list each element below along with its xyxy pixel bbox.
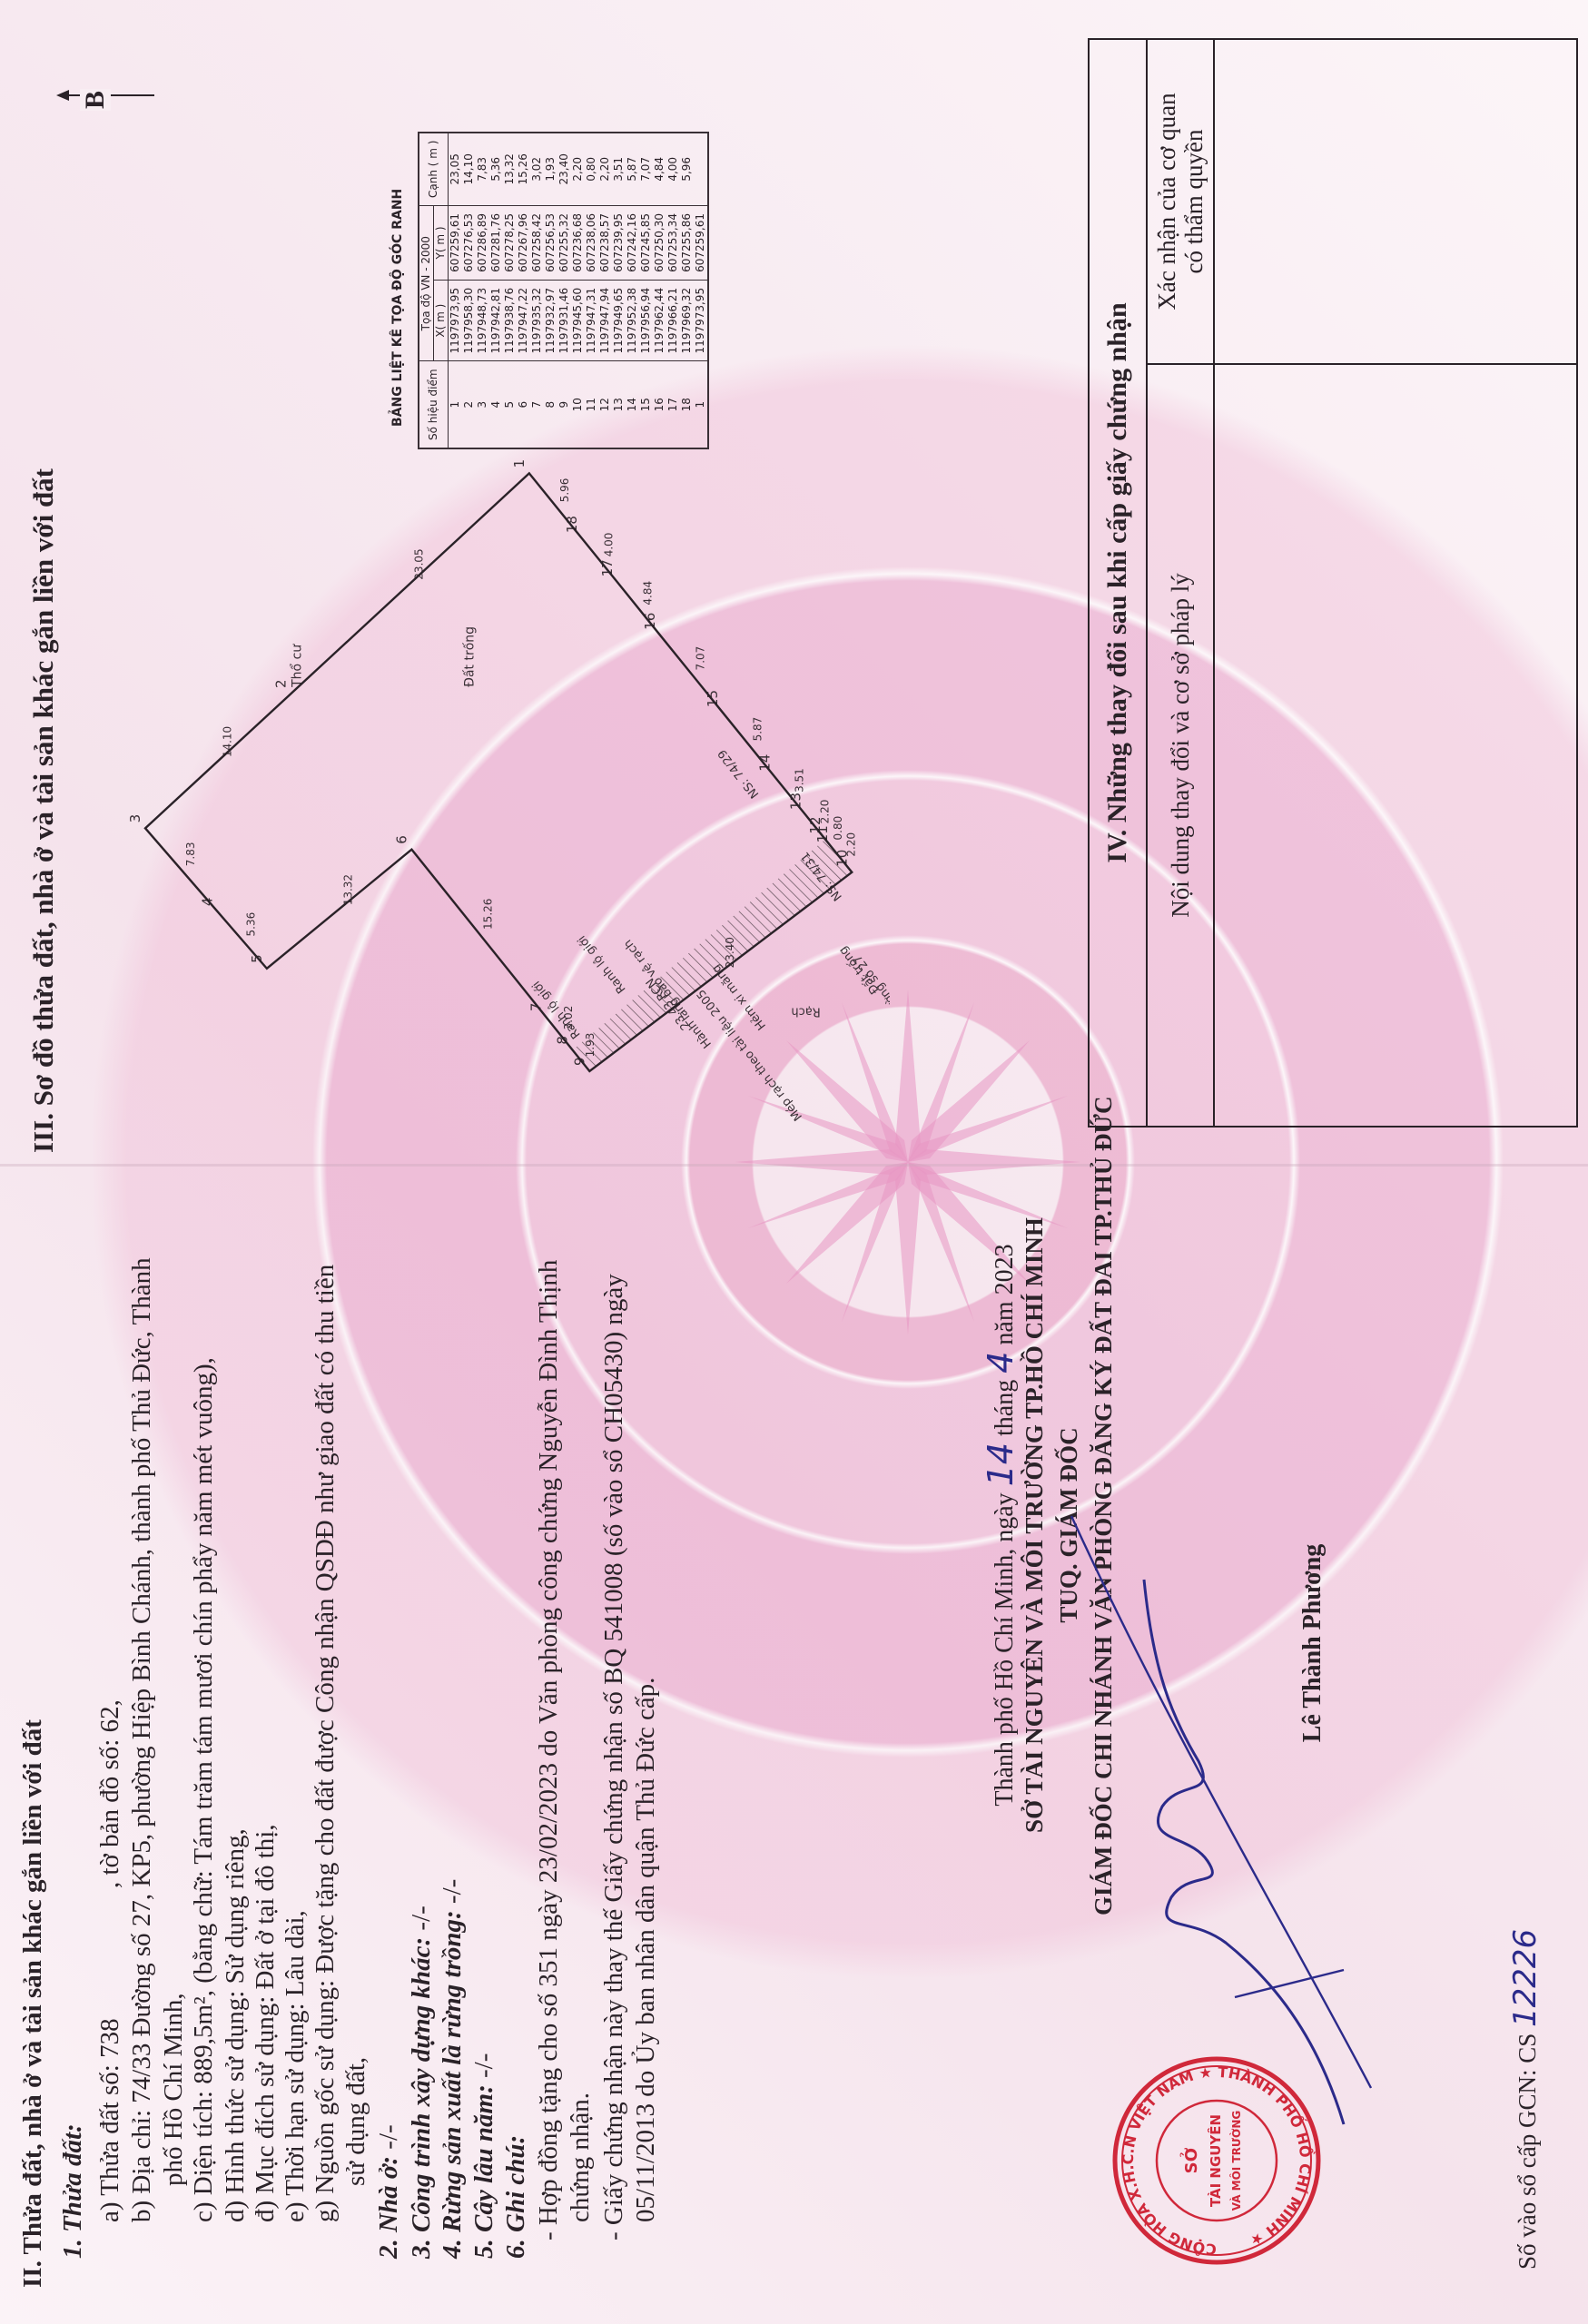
corner-point-label: 3 — [127, 814, 143, 823]
edge-length-label: 7.83 — [184, 842, 197, 866]
perennial-trees-value: -/- — [469, 2053, 498, 2085]
vacant-land-label: Đất trống — [461, 626, 477, 687]
edge-length-label: 7.07 — [695, 646, 707, 671]
edge-length-label: 5.36 — [245, 912, 258, 937]
coordinate-row: 61197947,22607267,9615,26 — [517, 133, 530, 448]
address-line-1: b) Địa chỉ: 74/33 Đường số 27, KP5, phườ… — [127, 1257, 157, 2222]
corner-point-label: 1 — [511, 459, 528, 468]
perennial-trees-label: 5. Cây lâu năm: — [469, 2084, 498, 2259]
corner-point-label: 2 — [273, 679, 290, 688]
section-changes-table: IV. Những thay đổi sau khi cấp giấy chứn… — [1088, 38, 1578, 1128]
edge-length-label: 4.84 — [642, 581, 655, 606]
col-y: Y( m ) — [434, 206, 449, 281]
coordinate-table: Số hiệu điểm Tọa độ VN - 2000 Cạnh ( m )… — [418, 132, 709, 449]
column-divider — [1215, 363, 1576, 365]
handwritten-month: 4 — [981, 1352, 1021, 1374]
boundary-ditch-label-2: Ranh lộ giới — [576, 932, 629, 995]
coordinate-row: 111197947,31607238,060,80 — [585, 133, 598, 448]
coordinate-row: 101197945,60607236,682,20 — [571, 133, 585, 448]
certificate-page-viewport: II. Thửa đất, nhà ở và tài sản khác gắn … — [0, 0, 1588, 2324]
note-1-line-1: - Hợp đồng tặng cho số 351 ngày 23/02/20… — [534, 1260, 564, 2240]
coordinate-row: 121197947,94607238,572,20 — [598, 133, 612, 448]
coordinate-table-title: BẢNG LIỆT KÊ TỌA ĐỘ GÓC RANH — [390, 189, 405, 427]
usage-term: e) Thời hạn sử dụng: Lâu dài, — [281, 1910, 311, 2222]
edge-length-label: 5.87 — [752, 717, 764, 742]
land-heading: 1. Thửa đất: — [58, 2123, 88, 2259]
usage-purpose: đ) Mục đích sử dụng: Đất ở tại đô thị, — [251, 1824, 281, 2222]
coordinate-row: 11197973,95607259,6123,05 — [449, 133, 463, 448]
coordinate-row: 41197942,81607281,765,36 — [489, 133, 503, 448]
section-4-title: IV. Những thay đổi sau khi cấp giấy chứn… — [1090, 40, 1148, 1126]
edge-length-label: 3.51 — [793, 768, 805, 793]
coordinate-row: 131197949,65607239,953,51 — [612, 133, 626, 448]
handwritten-signature — [1044, 1507, 1389, 2142]
col-point-number: Số hiệu điểm — [419, 361, 449, 448]
residential-label: Thổ cư — [289, 644, 304, 688]
usage-form: d) Hình thức sử dụng: Sử dụng riêng, — [221, 1828, 251, 2222]
house-value: -/- — [374, 2124, 403, 2156]
coordinate-row: 171197966,21607253,344,00 — [666, 133, 680, 448]
section-3-title: III. Sơ đồ thửa đất, nhà ở và tài sản kh… — [27, 468, 60, 1153]
coordinate-row: 141197952,38607242,165,87 — [626, 133, 639, 448]
col-edge-length: Cạnh ( m ) — [419, 133, 449, 206]
coordinate-row: 91197931,46607255,3223,40 — [557, 133, 571, 448]
stamp-inner-line-1: SỞ — [1179, 2147, 1201, 2173]
production-forest-value: -/- — [438, 1879, 467, 1911]
coordinate-row: 81197932,97607256,531,93 — [544, 133, 557, 448]
land-use-certificate-sheet: II. Thửa đất, nhà ở và tài sản khác gắn … — [0, 0, 1588, 2324]
canal-label: Rạch — [791, 1004, 820, 1018]
house-label: 2. Nhà ở: — [374, 2156, 403, 2259]
note-1-line-2: chứng nhận. — [566, 2093, 596, 2222]
coordinate-row: 31197948,73607286,897,83 — [476, 133, 489, 448]
edge-length-label: 5.96 — [558, 478, 571, 503]
edge-length-label: 15.26 — [481, 899, 494, 930]
address-line-2: phố Hồ Chí Minh, — [159, 1993, 189, 2186]
notes-heading: 6. Ghi chú: — [501, 2135, 531, 2259]
other-construction-label: 3. Công trình xây dựng khác: — [407, 1937, 436, 2259]
note-2-line-2: 05/11/2013 do Ủy ban nhân dân quận Thủ Đ… — [631, 1678, 661, 2222]
corner-point-label: 6 — [393, 835, 409, 844]
col-x: X( m ) — [434, 280, 449, 361]
edge-length-label: 4.00 — [602, 533, 615, 557]
other-construction-value: -/- — [407, 1905, 436, 1937]
coordinate-row: 11197973,95607259,61 — [694, 133, 708, 448]
canal-protection-corridor — [573, 840, 853, 1071]
usage-origin-1: g) Nguồn gốc sử dụng: Được tặng cho đất … — [311, 1265, 340, 2222]
coordinate-row: 21197958,30607276,5314,10 — [462, 133, 476, 448]
coordinate-row: 181197969,32607255,865,96 — [680, 133, 694, 448]
col-coordinate-system: Tọa độ VN - 2000 — [419, 206, 434, 361]
place-date: Thành phố Hồ Chí Minh, ngày 14 tháng 4 n… — [981, 1135, 1021, 1915]
edge-length-label: 0.80 — [832, 816, 844, 841]
section-2-title: II. Thửa đất, nhà ở và tài sản khác gắn … — [18, 1719, 48, 2288]
registry-number: Số vào sổ cấp GCN: CS 12226 — [1507, 1929, 1544, 2270]
registry-handwritten-number: 12226 — [1507, 1929, 1544, 2027]
map-sheet-number: , tờ bản đồ số: 62, — [95, 1699, 125, 1888]
note-2-line-1: - Giấy chứng nhận này thay thế Giấy chứn… — [599, 1274, 629, 2240]
neighbor-house-74-29: NS: 74/29 — [715, 746, 762, 801]
edge-length-label: 2.20 — [845, 832, 858, 857]
edge-length-label: 2.20 — [818, 800, 831, 824]
coordinate-row: 151197956,94607245,857,07 — [639, 133, 653, 448]
parcel-number: a) Thửa đất số: 738 — [95, 2018, 125, 2222]
col-change-content: Nội dung thay đổi và cơ sở pháp lý — [1148, 363, 1215, 1126]
section-land-info: II. Thửa đất, nhà ở và tài sản khác gắn … — [18, 1144, 708, 2288]
registry-label: Số vào sổ cấp GCN: CS — [1514, 2033, 1541, 2270]
production-forest-label: 4. Rừng sản xuất là rừng trồng: — [438, 1910, 467, 2259]
coordinate-row: 71197935,32607258,423,02 — [530, 133, 544, 448]
col-authority-confirmation: Xác nhận của cơ quan có thẩm quyền — [1148, 40, 1215, 363]
land-area: c) Diện tích: 889,5m², (bằng chữ: Tám tr… — [189, 1357, 219, 2222]
coordinate-row: 161197962,44607250,304,84 — [653, 133, 666, 448]
handwritten-day: 14 — [981, 1443, 1021, 1486]
usage-origin-2: sử dụng đất, — [341, 2057, 371, 2186]
coordinate-row: 51197938,76607278,2513,32 — [503, 133, 517, 448]
